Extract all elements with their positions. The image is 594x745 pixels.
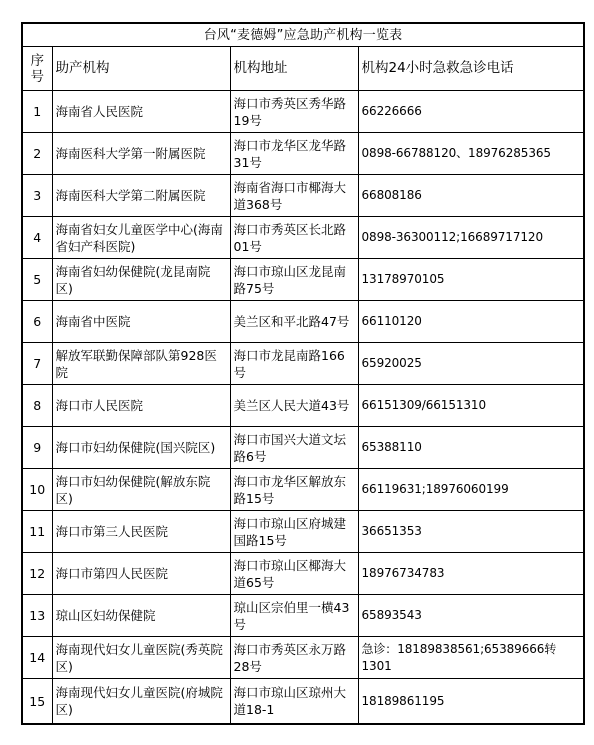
- cell-name: 解放军联勤保障部队第928医院: [52, 343, 230, 385]
- cell-no: 8: [22, 385, 52, 427]
- cell-address: 海口市龙华区龙华路31号: [230, 133, 358, 175]
- cell-address: 海口市秀英区秀华路19号: [230, 91, 358, 133]
- cell-name: 海南省妇幼保健院(龙昆南院区): [52, 259, 230, 301]
- cell-no: 3: [22, 175, 52, 217]
- cell-address: 海口市琼山区府城建国路15号: [230, 511, 358, 553]
- header-no: 序号: [22, 47, 52, 91]
- cell-phone: 65893543: [358, 595, 584, 637]
- table-row: 9 海口市妇幼保健院(国兴院区) 海口市国兴大道文坛路6号 65388110: [22, 427, 584, 469]
- table-row: 11 海口市第三人民医院 海口市琼山区府城建国路15号 36651353: [22, 511, 584, 553]
- cell-phone: 66151309/66151310: [358, 385, 584, 427]
- table-row: 2 海南医科大学第一附属医院 海口市龙华区龙华路31号 0898-6678812…: [22, 133, 584, 175]
- cell-phone: 66226666: [358, 91, 584, 133]
- cell-phone: 36651353: [358, 511, 584, 553]
- cell-no: 5: [22, 259, 52, 301]
- cell-phone: 66110120: [358, 301, 584, 343]
- cell-address: 海口市龙昆南路166号: [230, 343, 358, 385]
- cell-no: 1: [22, 91, 52, 133]
- cell-phone: 65388110: [358, 427, 584, 469]
- cell-address: 海口市琼山区椰海大道65号: [230, 553, 358, 595]
- cell-phone: 急诊：18189838561;65389666转1301: [358, 637, 584, 679]
- cell-phone: 0898-66788120、18976285365: [358, 133, 584, 175]
- cell-name: 海南省中医院: [52, 301, 230, 343]
- table-row: 3 海南医科大学第二附属医院 海南省海口市椰海大道368号 66808186: [22, 175, 584, 217]
- table-row: 13 琼山区妇幼保健院 琼山区宗伯里一横43号 65893543: [22, 595, 584, 637]
- document-sheet: 台风“麦德姆”应急助产机构一览表 序号 助产机构 机构地址 机构24小时急救急诊…: [21, 22, 583, 725]
- cell-name: 海南省妇女儿童医学中心(海南省妇产科医院): [52, 217, 230, 259]
- table-row: 12 海口市第四人民医院 海口市琼山区椰海大道65号 18976734783: [22, 553, 584, 595]
- cell-no: 10: [22, 469, 52, 511]
- cell-name: 海口市第四人民医院: [52, 553, 230, 595]
- table-row: 8 海口市人民医院 美兰区人民大道43号 66151309/66151310: [22, 385, 584, 427]
- header-name: 助产机构: [52, 47, 230, 91]
- cell-no: 7: [22, 343, 52, 385]
- cell-name: 海口市人民医院: [52, 385, 230, 427]
- cell-no: 2: [22, 133, 52, 175]
- cell-phone: 66119631;18976060199: [358, 469, 584, 511]
- cell-name: 海南现代妇女儿童医院(府城院区): [52, 679, 230, 725]
- cell-name: 海口市妇幼保健院(解放东院区): [52, 469, 230, 511]
- cell-phone: 0898-36300112;16689717120: [358, 217, 584, 259]
- cell-phone: 13178970105: [358, 259, 584, 301]
- cell-no: 11: [22, 511, 52, 553]
- cell-phone: 18976734783: [358, 553, 584, 595]
- table-row: 7 解放军联勤保障部队第928医院 海口市龙昆南路166号 65920025: [22, 343, 584, 385]
- header-phone: 机构24小时急救急诊电话: [358, 47, 584, 91]
- table-row: 4 海南省妇女儿童医学中心(海南省妇产科医院) 海口市秀英区长北路01号 089…: [22, 217, 584, 259]
- cell-address: 海南省海口市椰海大道368号: [230, 175, 358, 217]
- cell-address: 美兰区人民大道43号: [230, 385, 358, 427]
- cell-no: 6: [22, 301, 52, 343]
- cell-address: 海口市秀英区永万路28号: [230, 637, 358, 679]
- cell-name: 琼山区妇幼保健院: [52, 595, 230, 637]
- cell-no: 15: [22, 679, 52, 725]
- title-row: 台风“麦德姆”应急助产机构一览表: [22, 23, 584, 47]
- table-row: 1 海南省人民医院 海口市秀英区秀华路19号 66226666: [22, 91, 584, 133]
- cell-address: 海口市秀英区长北路01号: [230, 217, 358, 259]
- table-row: 15 海南现代妇女儿童医院(府城院区) 海口市琼山区琼州大道18-1 18189…: [22, 679, 584, 725]
- cell-address: 琼山区宗伯里一横43号: [230, 595, 358, 637]
- cell-address: 海口市琼山区龙昆南路75号: [230, 259, 358, 301]
- table-row: 10 海口市妇幼保健院(解放东院区) 海口市龙华区解放东路15号 6611963…: [22, 469, 584, 511]
- cell-no: 12: [22, 553, 52, 595]
- cell-name: 海南省人民医院: [52, 91, 230, 133]
- cell-address: 海口市国兴大道文坛路6号: [230, 427, 358, 469]
- table-row: 14 海南现代妇女儿童医院(秀英院区) 海口市秀英区永万路28号 急诊：1818…: [22, 637, 584, 679]
- table-row: 5 海南省妇幼保健院(龙昆南院区) 海口市琼山区龙昆南路75号 13178970…: [22, 259, 584, 301]
- cell-address: 海口市琼山区琼州大道18-1: [230, 679, 358, 725]
- cell-phone: 66808186: [358, 175, 584, 217]
- cell-address: 美兰区和平北路47号: [230, 301, 358, 343]
- table-title: 台风“麦德姆”应急助产机构一览表: [22, 23, 584, 47]
- cell-no: 14: [22, 637, 52, 679]
- cell-name: 海口市妇幼保健院(国兴院区): [52, 427, 230, 469]
- cell-phone: 18189861195: [358, 679, 584, 725]
- cell-no: 9: [22, 427, 52, 469]
- maternity-institutions-table: 台风“麦德姆”应急助产机构一览表 序号 助产机构 机构地址 机构24小时急救急诊…: [21, 22, 585, 725]
- cell-address: 海口市龙华区解放东路15号: [230, 469, 358, 511]
- header-row: 序号 助产机构 机构地址 机构24小时急救急诊电话: [22, 47, 584, 91]
- cell-name: 海南医科大学第一附属医院: [52, 133, 230, 175]
- cell-phone: 65920025: [358, 343, 584, 385]
- header-address: 机构地址: [230, 47, 358, 91]
- cell-name: 海口市第三人民医院: [52, 511, 230, 553]
- cell-name: 海南医科大学第二附属医院: [52, 175, 230, 217]
- cell-no: 4: [22, 217, 52, 259]
- cell-no: 13: [22, 595, 52, 637]
- cell-name: 海南现代妇女儿童医院(秀英院区): [52, 637, 230, 679]
- table-row: 6 海南省中医院 美兰区和平北路47号 66110120: [22, 301, 584, 343]
